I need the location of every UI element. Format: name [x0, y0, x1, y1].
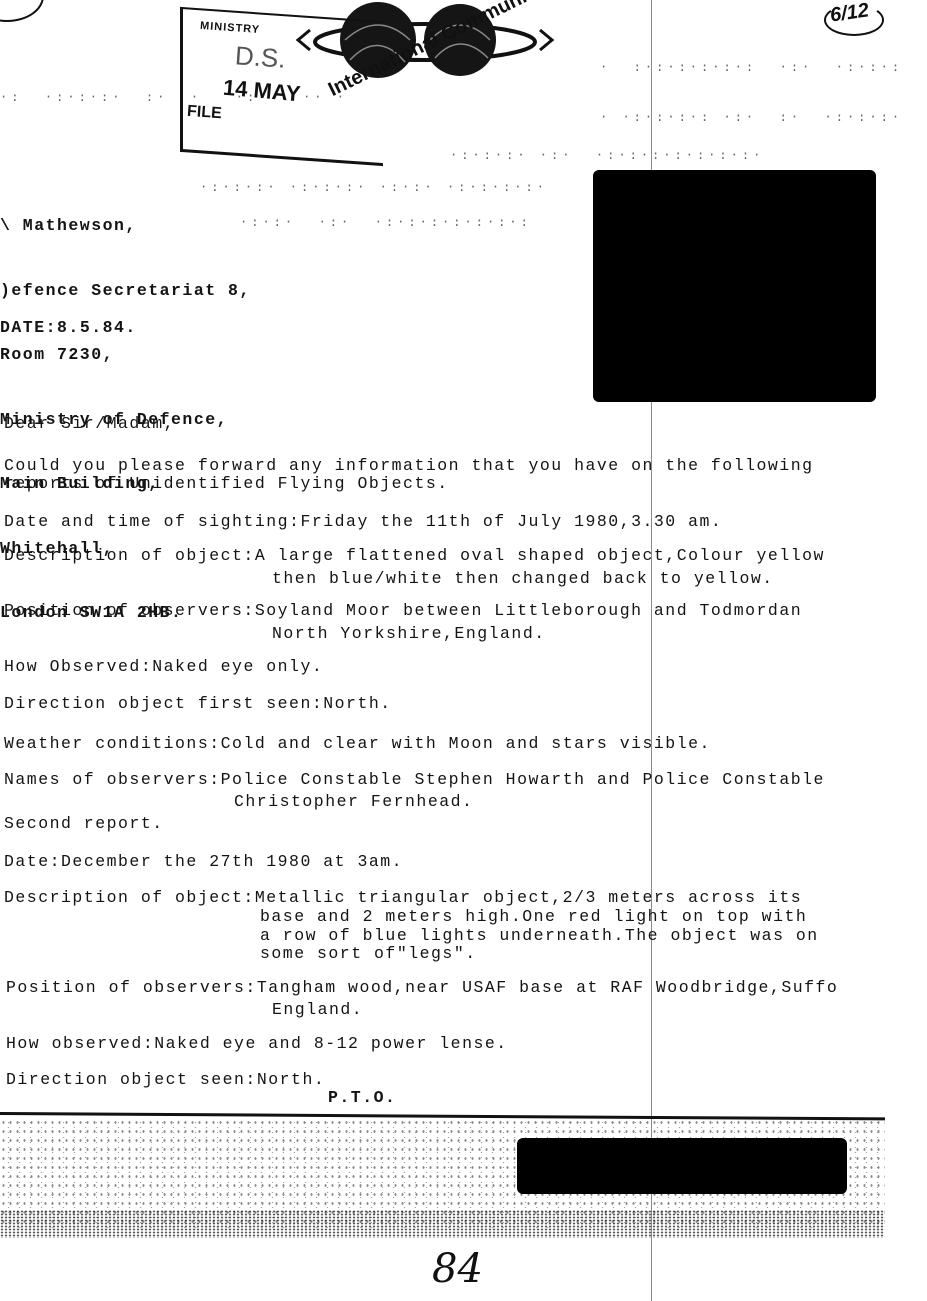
salutation: Dear Sir/Madam, — [4, 414, 175, 433]
report1-direction: Direction object first seen:North. — [4, 694, 392, 713]
field-label: Names of observers: — [4, 770, 221, 789]
date-label: DATE: — [0, 318, 57, 337]
field-value: Friday the 11th of July 1980,3.30 am. — [300, 512, 722, 531]
report2-position-cont: England. — [272, 1000, 363, 1019]
letter-date: DATE:8.5.84. — [0, 318, 137, 337]
field-value: Tangham wood,near USAF base at RAF Woodb… — [257, 978, 838, 997]
intro-line-1: Could you please forward any information… — [4, 456, 814, 475]
report2-date: Date:December the 27th 1980 at 3am. — [4, 852, 403, 871]
stamp-file: FILE — [186, 103, 222, 123]
stamp-ds: D.S. — [234, 40, 287, 74]
second-report-heading: Second report. — [4, 814, 164, 833]
field-label: Direction object seen: — [6, 1070, 257, 1089]
field-value: Soyland Moor between Littleborough and T… — [255, 601, 802, 620]
report2-description-cont: a row of blue lights underneath.The obje… — [260, 926, 819, 945]
faded-text-speckle: ·:·:·:· ·:·:·:· ·:·:· ·:·:·:·:· — [200, 180, 548, 194]
field-label: Description of object: — [4, 546, 255, 565]
recipient-address: \ Mathewson, )efence Secretariat 8, Room… — [0, 172, 251, 645]
field-label: Position of observers: — [6, 978, 257, 997]
faded-text-speckle: ·:·:· ·:· ·:·:·:·:·:·:·: — [240, 215, 532, 229]
field-label: Direction object first seen: — [4, 694, 323, 713]
report2-description: Description of object:Metallic triangula… — [4, 888, 802, 907]
top-right-redaction — [593, 170, 876, 402]
intro-line-2: reports of Unidentified Flying Objects. — [4, 474, 449, 493]
recipient-line: Room 7230, — [0, 344, 251, 366]
recipient-line: )efence Secretariat 8, — [0, 280, 251, 302]
report2-position: Position of observers:Tangham wood,near … — [6, 978, 838, 997]
recipient-line: \ Mathewson, — [0, 215, 251, 237]
field-label: Position of observers: — [4, 601, 255, 620]
faded-text-speckle: · ·:·:·:·: ·:· :· ·:·:·:· — [600, 110, 903, 124]
report1-names: Names of observers:Police Constable Step… — [4, 770, 825, 789]
report1-description: Description of object:A large flattened … — [4, 546, 825, 565]
field-value: North. — [323, 694, 391, 713]
field-value: A large flattened oval shaped object,Col… — [255, 546, 825, 565]
footer-scan-band — [0, 1210, 885, 1238]
field-value: Metallic triangular object,2/3 meters ac… — [255, 888, 802, 907]
bottom-redaction — [517, 1138, 847, 1194]
faded-text-speckle: · :·:·:·:·:·: ·:· ·:·:·: — [600, 60, 903, 74]
faded-text-speckle: ·:·:·:· ·:· ·:·:·:·:·:·:·:· — [450, 148, 764, 162]
field-value: Naked eye only. — [152, 657, 323, 676]
report1-names-cont: Christopher Fernhead. — [234, 792, 473, 811]
field-label: Description of object: — [4, 888, 255, 907]
page-number: 84 — [432, 1246, 483, 1292]
field-label: Date: — [4, 852, 61, 871]
field-label: How Observed: — [4, 657, 152, 676]
field-label: Weather conditions: — [4, 734, 221, 753]
report1-description-cont: then blue/white then changed back to yel… — [272, 569, 774, 588]
field-value: December the 27th 1980 at 3am. — [61, 852, 403, 871]
date-value: 8.5.84. — [57, 318, 137, 337]
report1-position: Position of observers:Soyland Moor betwe… — [4, 601, 802, 620]
field-value: North. — [257, 1070, 325, 1089]
report2-direction: Direction object seen:North. — [6, 1070, 325, 1089]
field-value: Police Constable Stephen Howarth and Pol… — [221, 770, 825, 789]
field-label: How observed: — [6, 1034, 154, 1053]
report2-description-cont: some sort of"legs". — [260, 944, 477, 963]
report2-how-observed: How observed:Naked eye and 8-12 power le… — [6, 1034, 508, 1053]
report2-description-cont: base and 2 meters high.One red light on … — [260, 907, 807, 926]
report1-date: Date and time of sighting:Friday the 11t… — [4, 512, 722, 531]
report1-how-observed: How Observed:Naked eye only. — [4, 657, 323, 676]
report1-weather: Weather conditions:Cold and clear with M… — [4, 734, 711, 753]
please-turn-over: P.T.O. — [328, 1088, 396, 1107]
field-value: Naked eye and 8-12 power lense. — [154, 1034, 507, 1053]
report1-position-cont: North Yorkshire,England. — [272, 624, 546, 643]
corner-pen-mark — [0, 0, 44, 22]
field-label: Date and time of sighting: — [4, 512, 300, 531]
field-value: Cold and clear with Moon and stars visib… — [221, 734, 711, 753]
